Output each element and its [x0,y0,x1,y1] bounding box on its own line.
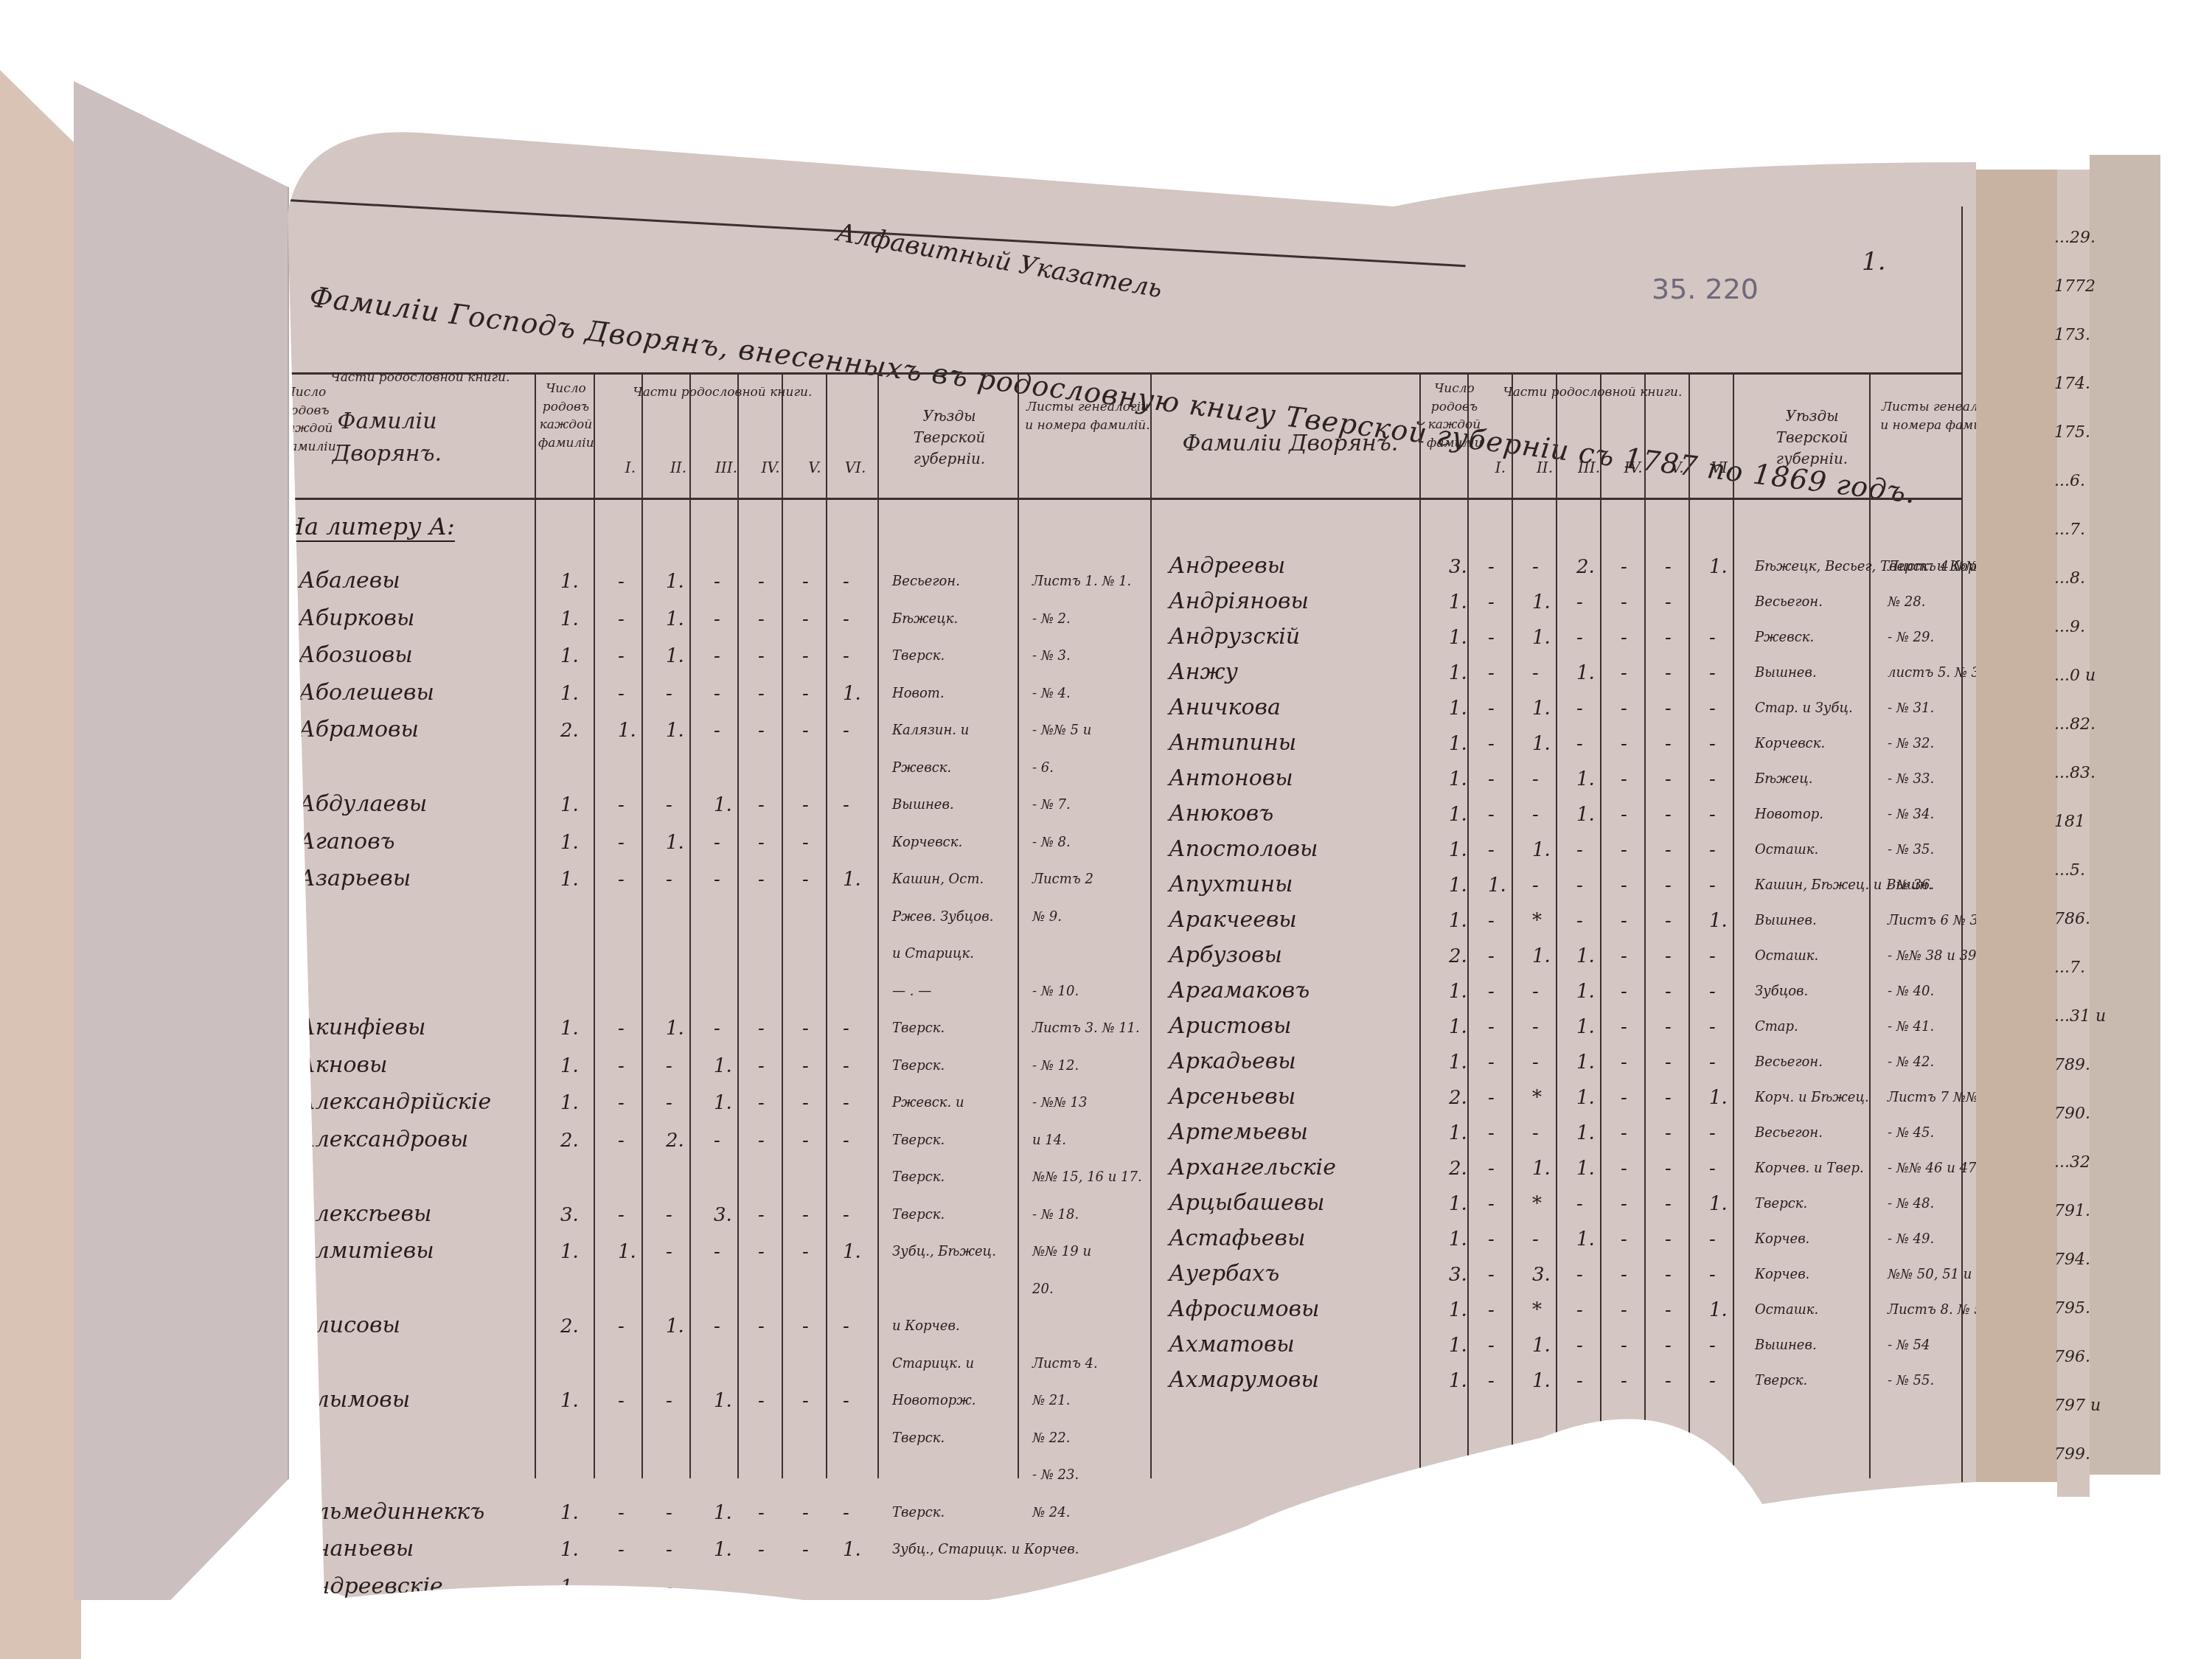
family-name: Абозиовы [299,642,413,668]
part-2-value: - [666,794,672,816]
uezd-value: Зубц., Старицк. и Корчев. [892,1542,1079,1557]
part-6-value: - [1709,733,1716,755]
right-col-header-part-1: I. [1482,457,1519,479]
uezd-value: — . — [892,984,931,999]
part-6-value: 1. [1709,1193,1728,1215]
sheet-number-value: - №№ 38 и 39. [1888,948,1980,964]
uezd-value: Тверск. [892,648,945,664]
family-name: Александрiйскiе [299,1089,491,1115]
uezd-value: Весьегон. [1755,1125,1823,1141]
part-2-value: * [1532,1193,1542,1215]
part-4-value: - [758,683,765,705]
part-3-value: 3. [714,1204,732,1226]
family-count: 1. [1449,839,1467,861]
part-1-value: - [1488,1122,1495,1144]
part-5-value: - [1665,1228,1672,1251]
part-5-value: - [1665,627,1672,649]
part-2-value: - [1532,768,1539,790]
sheet-number-value: - № 48. [1888,1196,1934,1211]
part-6-value: - [843,1092,849,1114]
part-4-value: - [758,1092,765,1114]
left-column-divider [1150,372,1152,1478]
part-5-value: - [1665,556,1672,578]
sheet-number-value: и 14. [1032,1133,1066,1148]
part-1-value: - [1488,662,1495,684]
family-name: Ауербахъ [1169,1261,1279,1287]
part-5-value: - [1665,1264,1672,1286]
part-1-value: - [1488,1158,1495,1180]
right-col-header-parts-group: Части родословной книги. [1467,383,1718,402]
part-2-value: - [666,1241,672,1263]
uezd-value: Тверск. [892,1207,945,1222]
family-name: Ахматовы [1169,1332,1295,1357]
uezd-value: Кашин, Ост. [892,872,984,887]
uezd-value: Осташк. [1755,948,1818,964]
part-3-value: 1. [1576,1158,1595,1180]
part-1-value: - [618,1539,625,1561]
part-3-value: - [714,645,720,667]
part-3-value: 2. [1576,556,1595,578]
index-strip-number: 173. [2054,326,2090,344]
part-2-value: - [1532,556,1539,578]
part-3-value: - [1576,627,1583,649]
family-name: Агаповъ [299,829,395,855]
sheet-number-value: №№ 19 и [1032,1244,1091,1259]
part-4-value: - [1621,981,1627,1003]
part-3-value: - [1576,733,1583,755]
section-heading-letter-a: На литеру А: [284,512,455,542]
part-5-value: - [1665,1335,1672,1357]
index-strip-number: 786. [2054,910,2090,928]
family-count: 1. [560,645,579,667]
right-col-header-family: Фамилiи Дворянъ. [1169,428,1412,460]
family-name: Арцыбашевы [1169,1190,1325,1216]
part-3-value: - [1576,839,1583,861]
uezd-value: Корчевск. [892,835,962,850]
sheet-number-value: - № 36. [1888,877,1934,893]
part-4-value: - [758,1241,765,1263]
part-4-value: - [1621,839,1627,861]
part-6-value: 1. [1709,1087,1728,1109]
family-name: Апостоловы [1169,836,1318,862]
part-5-value: - [1665,1299,1672,1321]
part-6-value: - [1709,839,1716,861]
part-5-value: - [802,1130,809,1152]
part-5-value: - [1665,662,1672,684]
part-2-value: - [666,1204,672,1226]
family-name: Азарьевы [299,866,411,891]
family-count: 1. [1449,1228,1467,1251]
part-4-value: - [758,1315,765,1338]
part-6-value: - [1709,1158,1716,1180]
part-6-value: 1. [1709,1299,1728,1321]
part-3-value: 1. [1576,1228,1595,1251]
right-column-divider [1869,372,1871,1478]
part-2-value: - [666,1055,672,1077]
part-4-value: - [758,645,765,667]
part-5-value: - [1665,591,1672,613]
left-col-header-part-2: II. [660,457,697,479]
part-1-value: - [1488,733,1495,755]
part-2-value: - [666,869,672,891]
part-2-value: 3. [1532,1264,1551,1286]
uezd-value: и Корчев. [892,1318,960,1334]
index-strip-number: 789. [2054,1056,2090,1074]
part-4-value: - [1621,945,1627,967]
part-5-value: - [1665,874,1672,897]
sheet-number-value: - № 42. [1888,1054,1934,1070]
family-count: 1. [1449,1051,1467,1074]
part-1-value: - [1488,591,1495,613]
part-3-value: - [714,571,720,593]
index-strip-number: ...32 [2054,1153,2090,1172]
family-count: 1. [1449,1299,1467,1321]
left-col-header-parts-group: Части родословной книги. [597,383,848,402]
left-col-header-sheets: Листы генеалогiи и номера фамилiй. [1025,398,1150,434]
part-1-value: - [1488,1087,1495,1109]
part-4-value: - [1621,698,1627,720]
uezd-value: Весьегон. [892,574,960,589]
part-1-value: - [618,1092,625,1114]
part-6-value: - [843,1315,849,1338]
uezd-value: Корчев. [1755,1267,1809,1282]
part-1-value: - [1488,698,1495,720]
family-count: 1. [560,1539,579,1561]
part-4-value: - [1621,1193,1627,1215]
sheet-number-value: - № 7. [1032,797,1071,813]
part-4-value: - [758,1055,765,1077]
right-column-divider [1644,372,1646,1478]
family-name: Арбузовы [1169,942,1282,968]
part-2-value: * [1532,910,1542,932]
part-1-value: - [618,645,625,667]
index-strip-number: 181 [2054,813,2085,831]
part-4-value: - [1621,733,1627,755]
family-count: 1. [1449,1193,1467,1215]
family-count: 1. [1449,698,1467,720]
left-col-header-part-5: V. [796,457,833,479]
family-count: 1. [1449,591,1467,613]
family-count: 1. [1449,1335,1467,1357]
family-name: Ананьевы [299,1536,414,1562]
uezd-value: Ржев. Зубцов. [892,909,993,925]
part-6-value: - [843,720,849,742]
part-3-value: - [714,1130,720,1152]
uezd-value: Корчевск. [1755,736,1825,751]
family-count: 1. [560,1055,579,1077]
part-2-value: 1. [666,645,684,667]
family-count: 1. [560,683,579,705]
part-4-value: - [1621,1228,1627,1251]
part-4-value: - [1621,768,1627,790]
family-name: Алисовы [299,1312,400,1338]
part-1-value: - [1488,1051,1495,1074]
part-3-value: - [1576,591,1583,613]
part-1-value: - [618,608,625,630]
part-5-value: - [1665,1370,1672,1392]
family-count: 1. [560,832,579,854]
family-count: 1. [1449,874,1467,897]
index-strip-number: ...0 и [2054,667,2096,685]
sheet-number-value: Листъ 2 [1032,872,1093,887]
part-6-value: 1. [1709,910,1728,932]
part-6-value: - [1709,1264,1716,1286]
part-5-value: - [802,645,809,667]
part-5-value: - [802,1390,809,1412]
family-name: Альмединнеккъ [299,1499,484,1525]
part-4-value: - [758,1502,765,1524]
family-name: Алымовы [299,1387,410,1413]
sheet-number-value: 20. [1032,1281,1054,1297]
part-1-value: - [1488,910,1495,932]
family-count: 1. [560,1390,579,1412]
family-name: Аристовы [1169,1013,1291,1039]
uezd-value: Вышнев. [892,797,954,813]
part-3-value: 1. [1576,945,1595,967]
right-col-header-part-6: VI. [1703,457,1740,479]
sheet-number-value: - № 34. [1888,807,1934,822]
family-count: 1. [1449,910,1467,932]
part-1-value: 1. [618,1241,636,1263]
part-6-value: - [843,571,849,593]
left-col-header-part-1: I. [612,457,649,479]
family-count: 1. [560,1092,579,1114]
part-3-value: - [1576,1370,1583,1392]
part-4-value: - [1621,1158,1627,1180]
part-6-value: - [1709,1051,1716,1074]
sheet-number-value: - № 2. [1032,611,1071,627]
sheet-number-value: - № 55. [1888,1373,1934,1388]
part-6-value: - [1709,1016,1716,1038]
part-5-value: - [802,1055,809,1077]
family-count: 1. [560,608,579,630]
sheet-number-value: - № 41. [1888,1019,1934,1034]
index-strip-number: 790. [2054,1105,2090,1123]
uezd-value: Тверск. [892,1058,945,1074]
family-count: 2. [1449,945,1467,967]
part-2-value: 1. [1532,945,1551,967]
uezd-value: Вышнев. [1755,1338,1817,1353]
family-count: 2. [560,720,579,742]
part-5-value: - [1665,910,1672,932]
part-2-value: 1. [1532,1158,1551,1180]
right-col-header-part-4: IV. [1615,457,1652,479]
part-5-value: - [802,720,809,742]
family-name: Андрузскiй [1169,624,1300,650]
index-strip-number: ...29. [2054,229,2096,247]
left-column-divider [877,372,879,1478]
right-col-header-part-3: III. [1571,457,1607,479]
part-3-value: 1. [1576,1087,1595,1109]
right-col-header-part-5: V. [1659,457,1696,479]
family-name: Арсеньевы [1169,1084,1295,1110]
uezd-value: Новот. [892,686,945,701]
part-4-value: - [1621,1335,1627,1357]
part-6-value: - [843,645,849,667]
part-3-value: - [1576,1264,1583,1286]
index-strip-number: ...9. [2054,618,2085,636]
uezd-value: Ржевск. [892,760,951,776]
part-4-value: - [758,1390,765,1412]
uezd-value: Стар. и Зубц. [1755,700,1853,716]
sheet-number-value: Листъ 4. [1032,1356,1098,1371]
sheet-number-value: - № 4. [1032,686,1071,701]
part-4-value: - [758,1539,765,1561]
part-6-value: - [1709,945,1716,967]
part-5-value: - [802,832,809,854]
part-5-value: - [802,1241,809,1263]
part-2-value: - [1532,662,1539,684]
left-column-divider [535,372,536,1478]
part-3-value: - [1576,874,1583,897]
uezd-value: Калязин. и [892,723,969,738]
part-6-value: 1. [843,683,861,705]
family-count: 1. [560,1576,579,1599]
family-name: Астафьевы [1169,1225,1305,1251]
part-5-value: - [1665,1193,1672,1215]
uezd-value: Новотор. [1755,807,1823,822]
part-1-value: - [1488,981,1495,1003]
sheet-number-value: - № 35. [1888,842,1934,858]
family-name: Аркадьевы [1169,1048,1296,1074]
part-3-value: - [714,683,720,705]
part-3-value: 1. [1576,981,1595,1003]
part-5-value: - [1665,733,1672,755]
archive-pencil-mark: 35. 220 [1652,273,1759,305]
part-6-value: - [1709,1335,1716,1357]
family-count: 2. [560,1315,579,1338]
part-6-value: - [843,794,849,816]
uezd-value: Осташк. [1755,842,1818,858]
family-name: Андреевы [1169,553,1285,579]
left-column-divider [782,372,783,1478]
part-3-value: - [1576,698,1583,720]
part-1-value: - [618,832,625,854]
sheet-number-value: - № 54 [1888,1338,1930,1353]
part-4-value: - [1621,874,1627,897]
part-6-value: - [1709,804,1716,826]
part-6-value: - [1709,627,1716,649]
part-3-value: 1. [1576,1122,1595,1144]
sheet-number-value: № 22. [1032,1430,1070,1446]
uezd-value: Тверск. [1755,1196,1807,1211]
family-count: 1. [1449,1016,1467,1038]
part-3-value: 1. [714,1539,732,1561]
part-3-value: - [714,720,720,742]
right-column-divider [1556,372,1557,1478]
family-name: Андреевскiе [299,1573,443,1599]
uezd-value: Стар. [1755,1019,1798,1034]
sheet-number-value: - № 31. [1888,700,1934,716]
family-count: 1. [560,794,579,816]
part-2-value: 1. [1532,627,1551,649]
part-3-value: 1. [714,1055,732,1077]
family-name: Ахмарумовы [1169,1367,1319,1393]
right-column-divider [1467,372,1469,1478]
part-3-value: - [714,1241,720,1263]
part-4-value: - [758,720,765,742]
back-page [2090,155,2160,1475]
sheet-number-value: - 6. [1032,760,1054,776]
right-col-header-part-2: II. [1526,457,1563,479]
part-1-value: - [618,683,625,705]
part-4-value: - [1621,1299,1627,1321]
sheet-number-value: - № 8. [1032,835,1071,850]
part-5-value: - [802,608,809,630]
family-name: Архангельскiе [1169,1155,1336,1180]
part-6-value: - [843,1390,849,1412]
part-4-value: - [758,1018,765,1040]
part-6-value: - [843,1018,849,1040]
part-2-value: 1. [1532,698,1551,720]
part-4-value: - [1621,627,1627,649]
family-name: Абирковы [299,605,414,631]
family-count: 3. [1449,1264,1467,1286]
family-name: Антоновы [1169,765,1293,791]
family-count: 1. [1449,1370,1467,1392]
part-5-value: - [802,683,809,705]
family-count: 1. [1449,804,1467,826]
part-1-value: - [1488,1299,1495,1321]
part-4-value: - [758,832,765,854]
part-4-value: - [1621,910,1627,932]
index-strip [2057,170,2090,1497]
part-2-value: 1. [666,1315,684,1338]
part-5-value: - [802,1502,809,1524]
part-6-value: - [1709,1122,1716,1144]
part-3-value: 1. [714,1390,732,1412]
part-1-value: - [1488,1016,1495,1038]
part-4-value: - [1621,1370,1627,1392]
part-6-value: - [1709,1370,1716,1392]
uezd-value: Старицк. и [892,1356,974,1371]
right-column-divider [1600,372,1601,1478]
uezd-value: Тверск. [892,1430,945,1446]
family-count: 2. [1449,1087,1467,1109]
uezd-value: Зубц., Бѣжец. [892,1244,996,1259]
index-strip-number: 791. [2054,1202,2090,1220]
part-2-value: 1. [1532,839,1551,861]
part-1-value: - [618,1130,625,1152]
sheet-number-value: - № 29. [1888,630,1934,645]
family-name: Анюковъ [1169,801,1273,827]
part-4-value: - [1621,804,1627,826]
family-name: Абдулаевы [299,791,427,817]
part-1-value: - [1488,839,1495,861]
part-3-value: 1. [1576,768,1595,790]
family-count: 1. [1449,627,1467,649]
uezd-value: Тверск. [892,1505,945,1520]
part-5-value: - [802,794,809,816]
sheet-number-value: № 21. [1032,1393,1070,1408]
family-name: Акновы [299,1052,387,1078]
part-6-value: - [1709,981,1716,1003]
family-name: Акинфiевы [299,1015,425,1040]
part-2-value: - [1532,1122,1539,1144]
index-strip-number: ...8. [2054,569,2085,588]
family-count: 2. [1449,1158,1467,1180]
part-4-value: - [1621,1016,1627,1038]
part-5-value: - [1665,1051,1672,1074]
part-2-value: 1. [1532,1370,1551,1392]
left-col-header-part-6: VI. [837,457,874,479]
index-strip-number: 174. [2054,375,2090,393]
index-strip-number: ...83. [2054,764,2096,782]
part-6-value: 1. [1709,556,1728,578]
part-5-value: - [802,1092,809,1114]
part-4-value: - [758,571,765,593]
uezd-value: Весьегон. [1755,1054,1823,1070]
